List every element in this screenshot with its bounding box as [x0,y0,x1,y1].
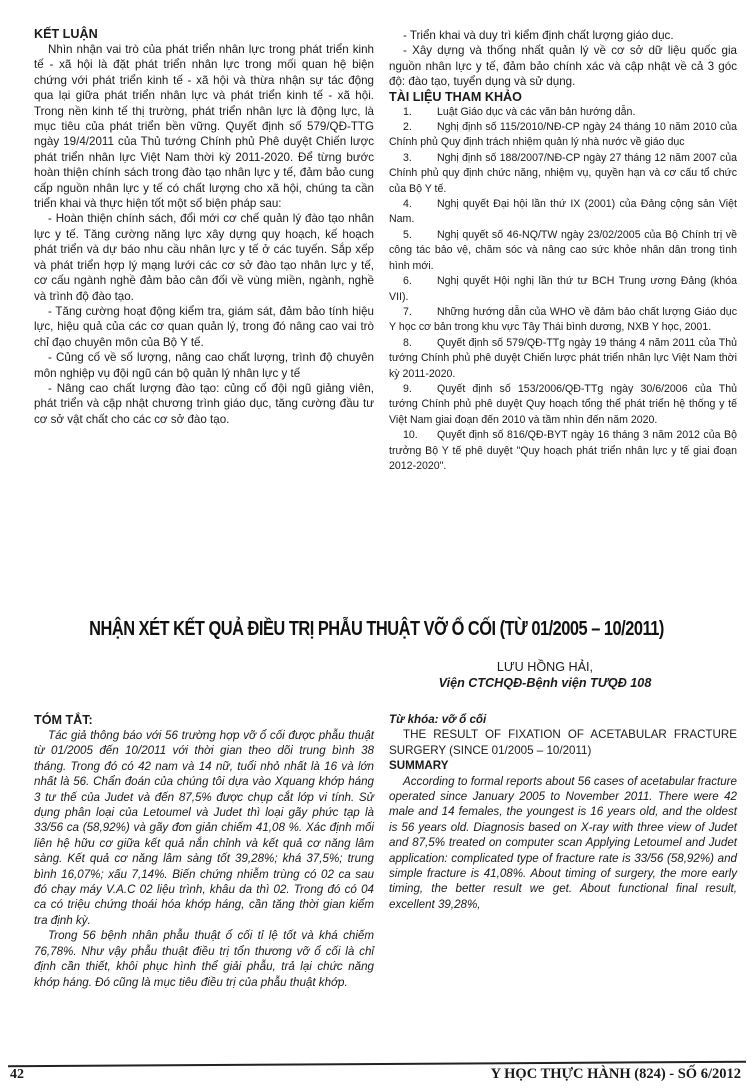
reference-item: 2.Nghị định số 115/2010/NĐ-CP ngày 24 th… [389,120,737,151]
journal-name: Y HỌC THỰC HÀNH (824) - SỐ 6/2012 [491,1066,741,1083]
abstract-section: TÓM TẮT: Tác giả thông báo với 56 trường… [34,713,374,990]
author-block: LƯU HỒNG HẢI, Viện CTCHQĐ-Bệnh viện TƯQĐ… [380,659,710,691]
references-list: 1.Luật Giáo dục và các văn bản hướng dẫn… [389,105,737,475]
abstract-paragraph: Tác giả thông báo với 56 trường hợp vỡ ổ… [34,728,374,928]
reference-item: 3.Nghị định số 188/2007/NĐ-CP ngày 27 th… [389,151,737,197]
summary-paragraph: According to formal reports about 56 cas… [389,774,737,913]
reference-item: 4.Nghị quyết Đại hội lần thứ IX (2001) c… [389,197,737,228]
conclusion-bullet: - Hoàn thiện chính sách, đổi mới cơ chế … [34,211,374,303]
reference-item: 10.Quyết định số 816/QĐ-BYT ngày 16 thán… [389,428,737,474]
article-title: NHẬN XÉT KẾT QUẢ ĐIỀU TRỊ PHẪU THUẬT VỠ … [68,618,685,641]
conclusion-paragraph: Nhìn nhận vai trò của phát triển nhân lự… [34,42,374,211]
conclusion-bullet: - Củng cố về số lượng, nâng cao chất lượ… [34,350,374,381]
reference-item: 9.Quyết định số 153/2006/QĐ-TTg ngày 30/… [389,382,737,428]
references-column: - Triển khai và duy trì kiểm định chất l… [389,28,737,474]
reference-item: 1.Luật Giáo dục và các văn bản hướng dẫn… [389,105,737,120]
keywords: Từ khóa: vỡ ổ cối [389,712,737,727]
conclusion-bullet: - Nâng cao chất lượng đào tạo: củng cố đ… [34,381,374,427]
reference-item: 6.Nghị quyết Hội nghị lần thứ tư BCH Tru… [389,274,737,305]
conclusion-bullet: - Triển khai và duy trì kiểm định chất l… [389,28,737,43]
conclusion-bullet: - Tăng cường hoạt động kiểm tra, giám sá… [34,304,374,350]
summary-section: Từ khóa: vỡ ổ cối THE RESULT OF FIXATION… [389,712,737,912]
reference-item: 5.Nghị quyết số 46-NQ/TW ngày 23/02/2005… [389,228,737,274]
summary-heading: SUMMARY [389,758,737,773]
author-name: LƯU HỒNG HẢI, [380,659,710,675]
conclusion-heading: KẾT LUẬN [34,27,374,42]
abstract-heading: TÓM TẮT: [34,713,374,728]
english-title: THE RESULT OF FIXATION OF ACETABULAR FRA… [389,727,737,758]
conclusion-section: KẾT LUẬN Nhìn nhận vai trò của phát triể… [34,27,374,427]
page-number: 42 [10,1067,24,1083]
reference-item: 7.Những hướng dẫn của WHO về đảm bảo chấ… [389,305,737,336]
reference-item: 8.Quyết định số 579/QĐ-TTg ngày 19 tháng… [389,336,737,382]
abstract-paragraph: Trong 56 bệnh nhân phẫu thuật ổ cối tỉ l… [34,928,374,990]
conclusion-bullet: - Xây dựng và thống nhất quản lý về cơ s… [389,43,737,89]
author-affiliation: Viện CTCHQĐ-Bệnh viện TƯQĐ 108 [380,675,710,691]
references-heading: TÀI LIỆU THAM KHẢO [389,90,737,105]
